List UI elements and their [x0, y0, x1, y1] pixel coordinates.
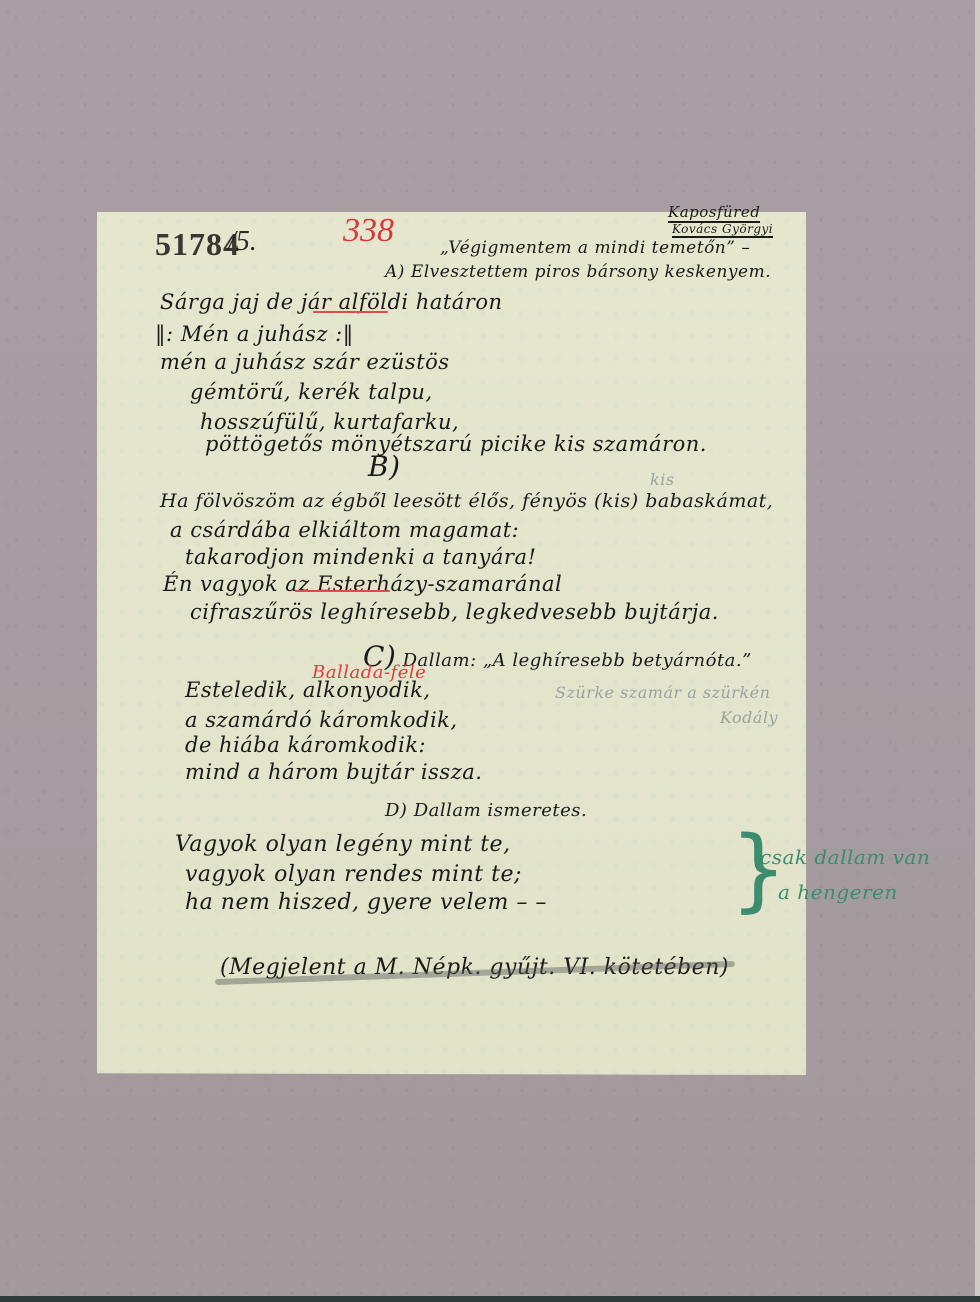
collector-name: Kovács Györgyi	[672, 222, 773, 238]
place-name: Kaposfüred	[668, 203, 760, 223]
scan-edge-bottom	[0, 1296, 980, 1302]
section-b-label: B)	[368, 450, 401, 483]
pencil-note-1: Szürke szamár a szürkén	[555, 683, 770, 702]
green-note-line-1: csak dallam van	[760, 845, 930, 869]
section-b-line-2: a csárdába elkiáltom magamat:	[170, 518, 519, 542]
section-c-line-2: a szamárdó káromkodik,	[185, 708, 458, 732]
section-a-line-5: hosszúfülű, kurtafarku,	[200, 410, 459, 434]
section-a-line-3: mén a juhász szár ezüstös	[160, 350, 450, 374]
section-d-line-2: vagyok olyan rendes mint te;	[185, 862, 522, 887]
section-b-line-3: takarodjon mindenki a tanyára!	[185, 545, 536, 569]
red-underline-esterhazy	[295, 590, 390, 592]
section-d-line-3: ha nem hiszed, gyere velem – –	[185, 890, 547, 915]
section-a-line-6: pöttögetős mönyétszarú picike kis szamár…	[205, 432, 707, 456]
section-b-line-4: Én vagyok az Esterházy-szamaránal	[163, 572, 562, 596]
section-c-header: Dallam: „A leghíresebb betyárnóta.”	[403, 650, 752, 671]
section-a-line-4: gémtörű, kerék talpu,	[190, 380, 433, 404]
red-underline-alfoldi	[313, 311, 388, 313]
section-d-line-1: Vagyok olyan legény mint te,	[175, 832, 511, 857]
green-note-line-2: a hengeren	[778, 880, 898, 904]
section-c-line-3: de hiába káromkodik:	[185, 733, 426, 757]
pencil-note-2: Kodály	[720, 708, 778, 727]
section-d-heading: D) Dallam ismeretes.	[385, 800, 587, 821]
section-c-line-1: Esteledik, alkonyodik,	[185, 678, 431, 702]
section-b-line-5: cifraszűrös leghíresebb, legkedvesebb bu…	[190, 600, 719, 624]
section-c-line-4: mind a három bujtár issza.	[185, 760, 482, 784]
red-item-number: 338	[343, 212, 394, 250]
section-a-heading: A) Elvesztettem piros bársony keskenyem.	[385, 262, 771, 282]
section-d-header: Dallam ismeretes.	[414, 800, 588, 821]
section-a-label: A)	[385, 262, 405, 282]
section-a-header: Elvesztettem piros bársony keskenyem.	[411, 262, 771, 282]
section-a-line-2: ‖: Mén a juhász :‖	[155, 322, 354, 346]
section-b-line-1: Ha fölvöszöm az égből leesött élős, fény…	[160, 490, 773, 512]
section-d-label: D)	[385, 800, 407, 821]
scan-edge-right	[975, 0, 980, 1302]
pencil-note-kis: kis	[650, 470, 675, 489]
archive-number-suffix: /5.	[228, 226, 257, 258]
song-title-line: „Végigmentem a mindi temetőn” –	[440, 238, 750, 258]
